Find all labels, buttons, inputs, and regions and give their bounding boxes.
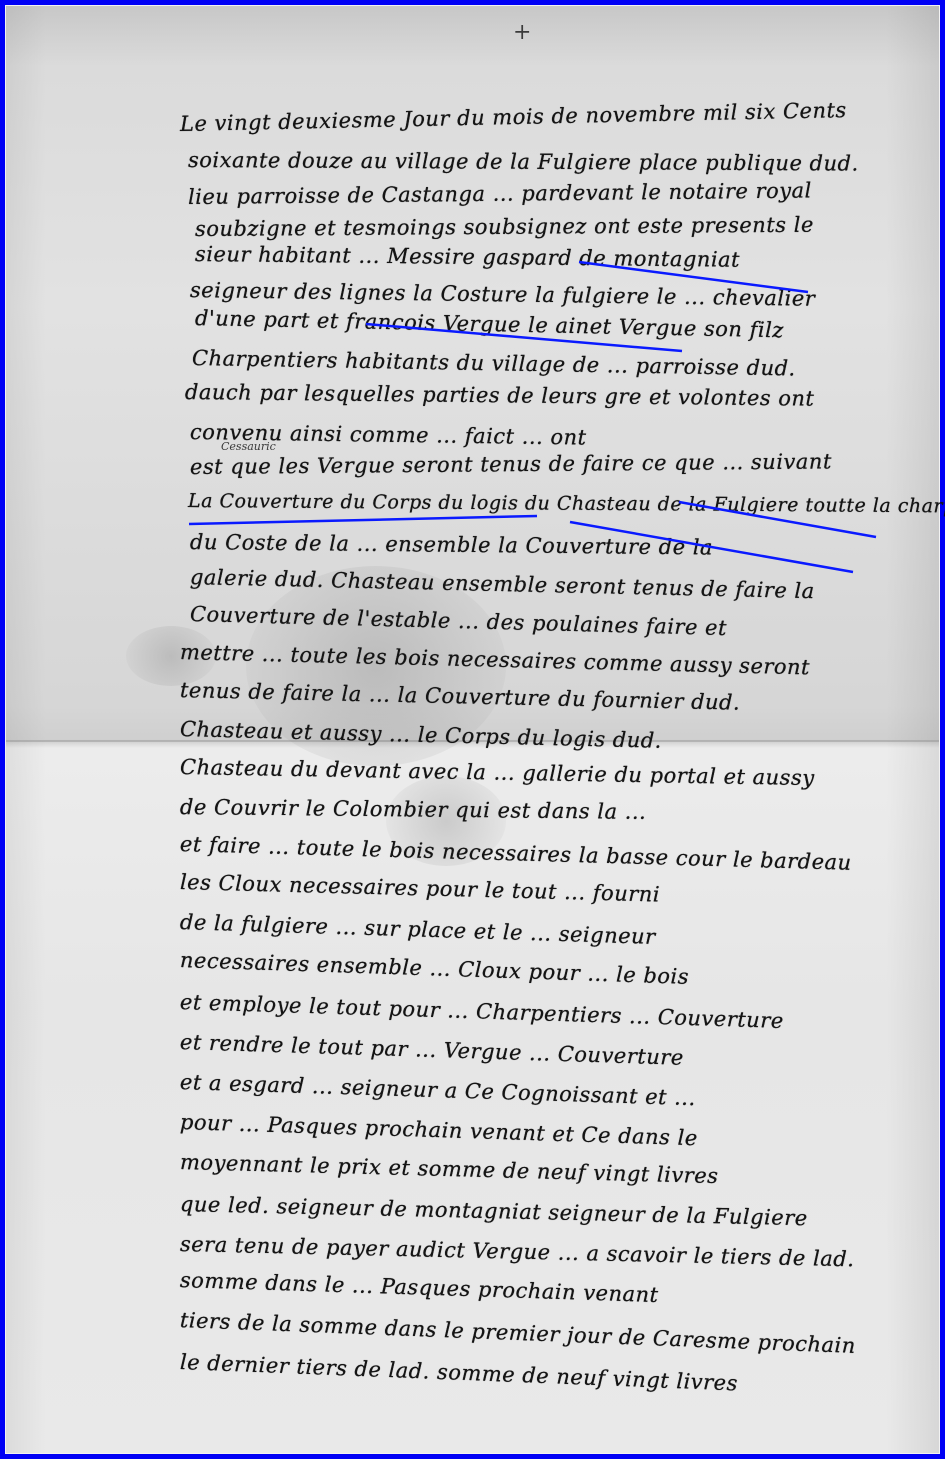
text-line: de Couvrir le Colombier qui est dans la …	[180, 795, 647, 824]
text-line: soubzigne et tesmoings soubsignez ont es…	[195, 213, 814, 241]
text-line: soixante douze au village de la Fulgiere…	[188, 148, 859, 176]
